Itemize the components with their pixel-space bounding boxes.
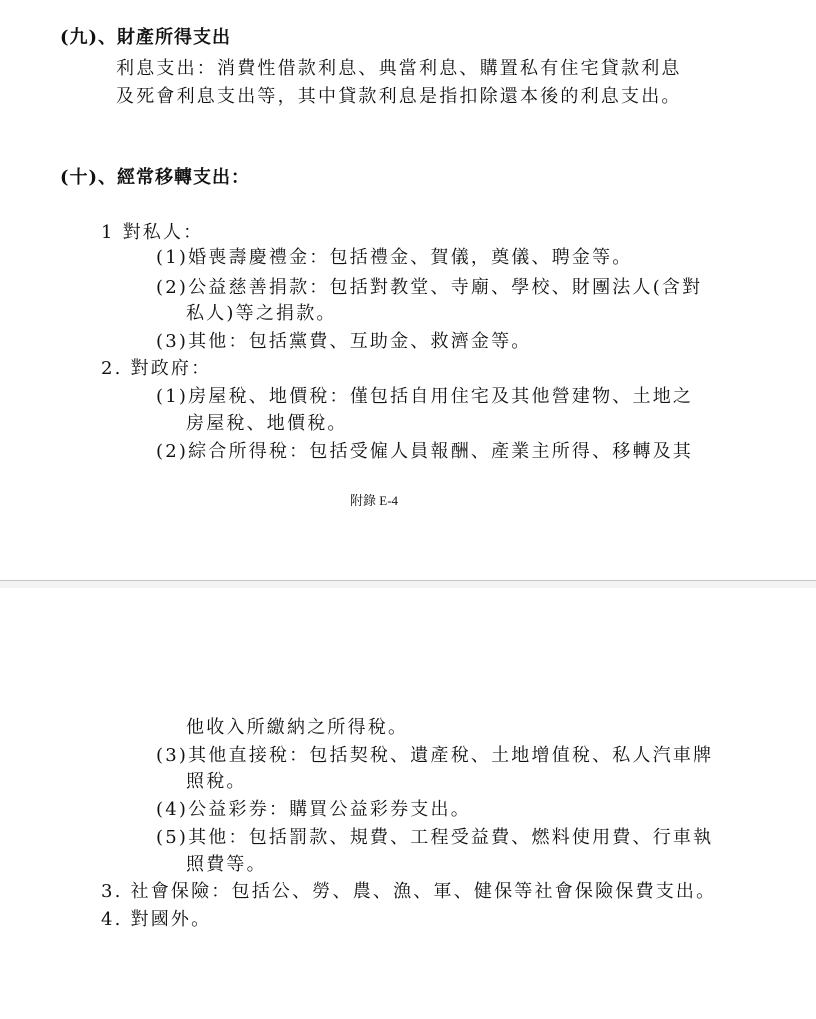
item-2-sub-5-line-2: 照費等。 [186,853,267,877]
item-1-sub-1: (1)婚喪壽慶禮金：包括禮金、賀儀，奠儀、聘金等。 [156,246,633,270]
section-9-text-line-1: 利息支出：消費性借款利息、典當利息、購置私有住宅貸款利息 [116,57,682,81]
item-2-label: 2. 對政府： [101,357,211,381]
section-9-heading: (九)、財產所得支出 [60,26,231,50]
item-2-sub-1-line-1: (1)房屋稅、地價稅：僅包括自用住宅及其他營建物、土地之 [156,385,693,409]
item-2-sub-3-line-1: (3)其他直接稅：包括契稅、遺產稅、土地增值稅、私人汽車牌 [156,744,713,768]
item-1-sub-2-line-2: 私人)等之捐款。 [186,302,337,326]
item-1-sub-3: (3)其他：包括黨費、互助金、救濟金等。 [156,330,532,354]
item-1-label: 1 對私人： [101,221,203,245]
item-1-sub-2-line-1: (2)公益慈善捐款：包括對教堂、寺廟、學校、財團法人(含對 [156,276,702,300]
item-2-sub-2-line-1: (2)綜合所得稅：包括受僱人員報酬、產業主所得、移轉及其 [156,440,693,464]
item-2-sub-2-line-2: 他收入所繳納之所得稅。 [186,716,408,740]
item-3: 3. 社會保險：包括公、勞、農、漁、軍、健保等社會保險保費支出。 [101,880,716,904]
page-footer: 附錄 E-4 [350,490,398,509]
item-2-sub-5-line-1: (5)其他：包括罰款、規費、工程受益費、燃料使用費、行車執 [156,826,713,850]
document-page-1: (九)、財產所得支出 利息支出：消費性借款利息、典當利息、購置私有住宅貸款利息 … [0,0,816,580]
item-2-sub-4: (4)公益彩券：購買公益彩券支出。 [156,798,471,822]
document-page-2: 他收入所繳納之所得稅。 (3)其他直接稅：包括契稅、遺產稅、土地增值稅、私人汽車… [0,588,816,1019]
section-9-text-line-2: 及死會利息支出等，其中貸款利息是指扣除還本後的利息支出。 [116,85,682,109]
item-2-sub-1-line-2: 房屋稅、地價稅。 [186,412,348,436]
section-10-heading: (十)、經常移轉支出： [60,166,250,190]
item-4: 4. 對國外。 [101,908,211,932]
item-2-sub-3-line-2: 照稅。 [186,770,247,794]
